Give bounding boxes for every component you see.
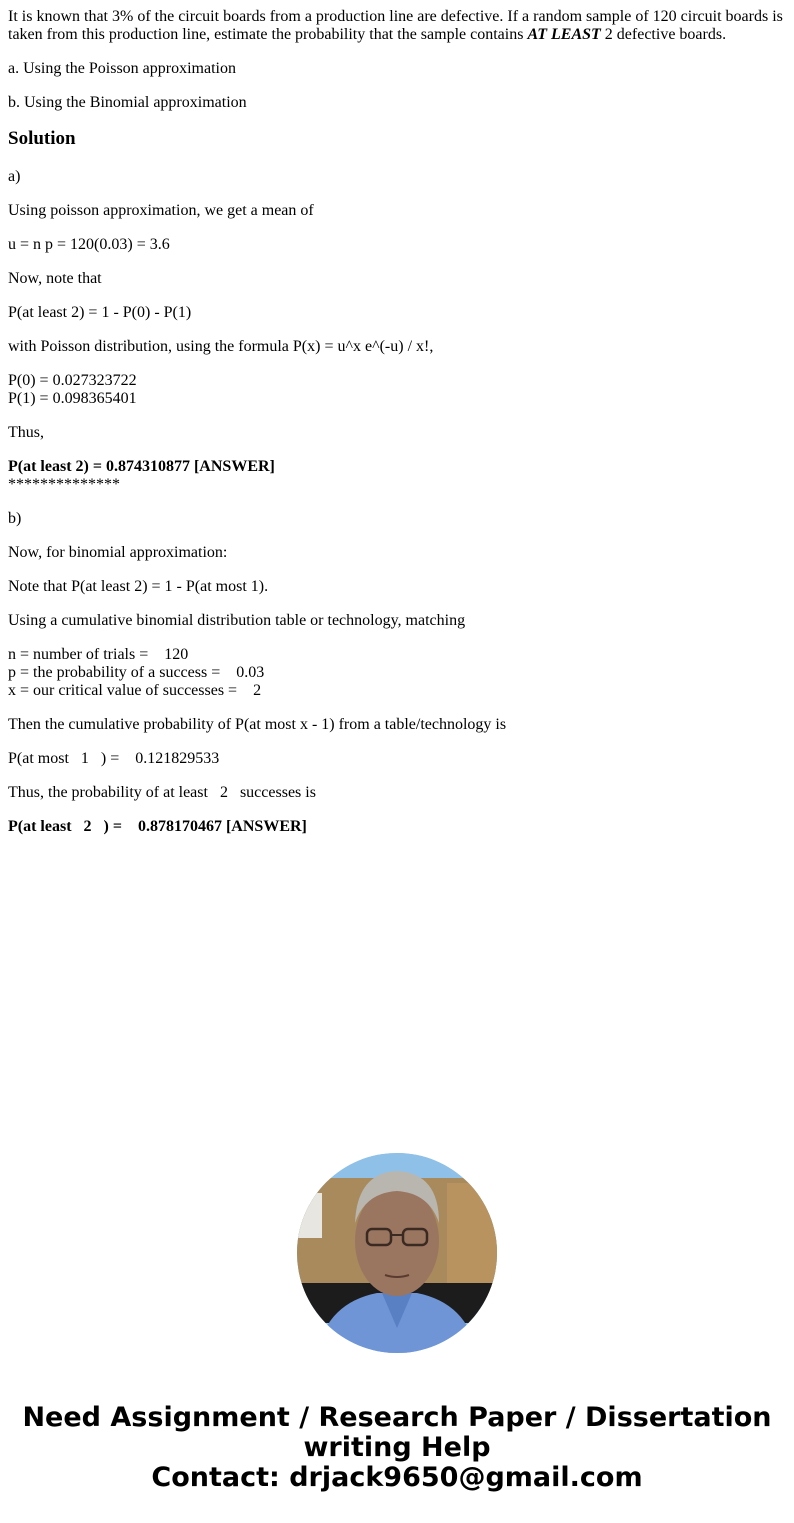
part-b-using: Using a cumulative binomial distribution… bbox=[8, 612, 788, 630]
part-a-poisson-formula: with Poisson distribution, using the for… bbox=[8, 338, 788, 356]
question-text-end: 2 defective boards. bbox=[601, 26, 726, 43]
separator-stars: ************** bbox=[8, 476, 788, 494]
author-portrait-icon bbox=[297, 1153, 497, 1353]
part-a-p1: P(1) = 0.098365401 bbox=[8, 390, 788, 408]
part-b-thus: Thus, the probability of at least 2 succ… bbox=[8, 784, 788, 802]
part-a-note: Now, note that bbox=[8, 270, 788, 288]
author-avatar bbox=[297, 1153, 497, 1353]
part-a-formula: P(at least 2) = 1 - P(0) - P(1) bbox=[8, 304, 788, 322]
part-b-note: Note that P(at least 2) = 1 - P(at most … bbox=[8, 578, 788, 596]
part-a-intro: Using poisson approximation, we get a me… bbox=[8, 202, 788, 220]
part-a-prompt: a. Using the Poisson approximation bbox=[8, 60, 788, 78]
part-a-thus: Thus, bbox=[8, 424, 788, 442]
part-a-p0: P(0) = 0.027323722 bbox=[8, 372, 788, 390]
part-b-prompt: b. Using the Binomial approximation bbox=[8, 94, 788, 112]
document-content: It is known that 3% of the circuit board… bbox=[8, 8, 788, 852]
part-a-mean: u = n p = 120(0.03) = 3.6 bbox=[8, 236, 788, 254]
part-b-x: x = our critical value of successes = 2 bbox=[8, 682, 788, 700]
question-emphasis: AT LEAST bbox=[527, 26, 600, 43]
part-b-answer: P(at least 2 ) = 0.878170467 [ANSWER] bbox=[8, 818, 788, 836]
footer-contact: Contact: drjack9650@gmail.com bbox=[0, 1463, 794, 1493]
part-a-label: a) bbox=[8, 168, 788, 186]
solution-heading: Solution bbox=[8, 128, 788, 150]
question-text: It is known that 3% of the circuit board… bbox=[8, 8, 788, 44]
part-b-at-most: P(at most 1 ) = 0.121829533 bbox=[8, 750, 788, 768]
part-b-n: n = number of trials = 120 bbox=[8, 646, 788, 664]
part-b-intro: Now, for binomial approximation: bbox=[8, 544, 788, 562]
footer-line-1: Need Assignment / Research Paper / Disse… bbox=[0, 1403, 794, 1433]
part-b-label: b) bbox=[8, 510, 788, 528]
footer-promo: Need Assignment / Research Paper / Disse… bbox=[0, 1403, 794, 1493]
footer-line-2: writing Help bbox=[0, 1433, 794, 1463]
part-b-then: Then the cumulative probability of P(at … bbox=[8, 716, 788, 734]
part-b-p: p = the probability of a success = 0.03 bbox=[8, 664, 788, 682]
part-a-answer: P(at least 2) = 0.874310877 [ANSWER] bbox=[8, 458, 788, 476]
